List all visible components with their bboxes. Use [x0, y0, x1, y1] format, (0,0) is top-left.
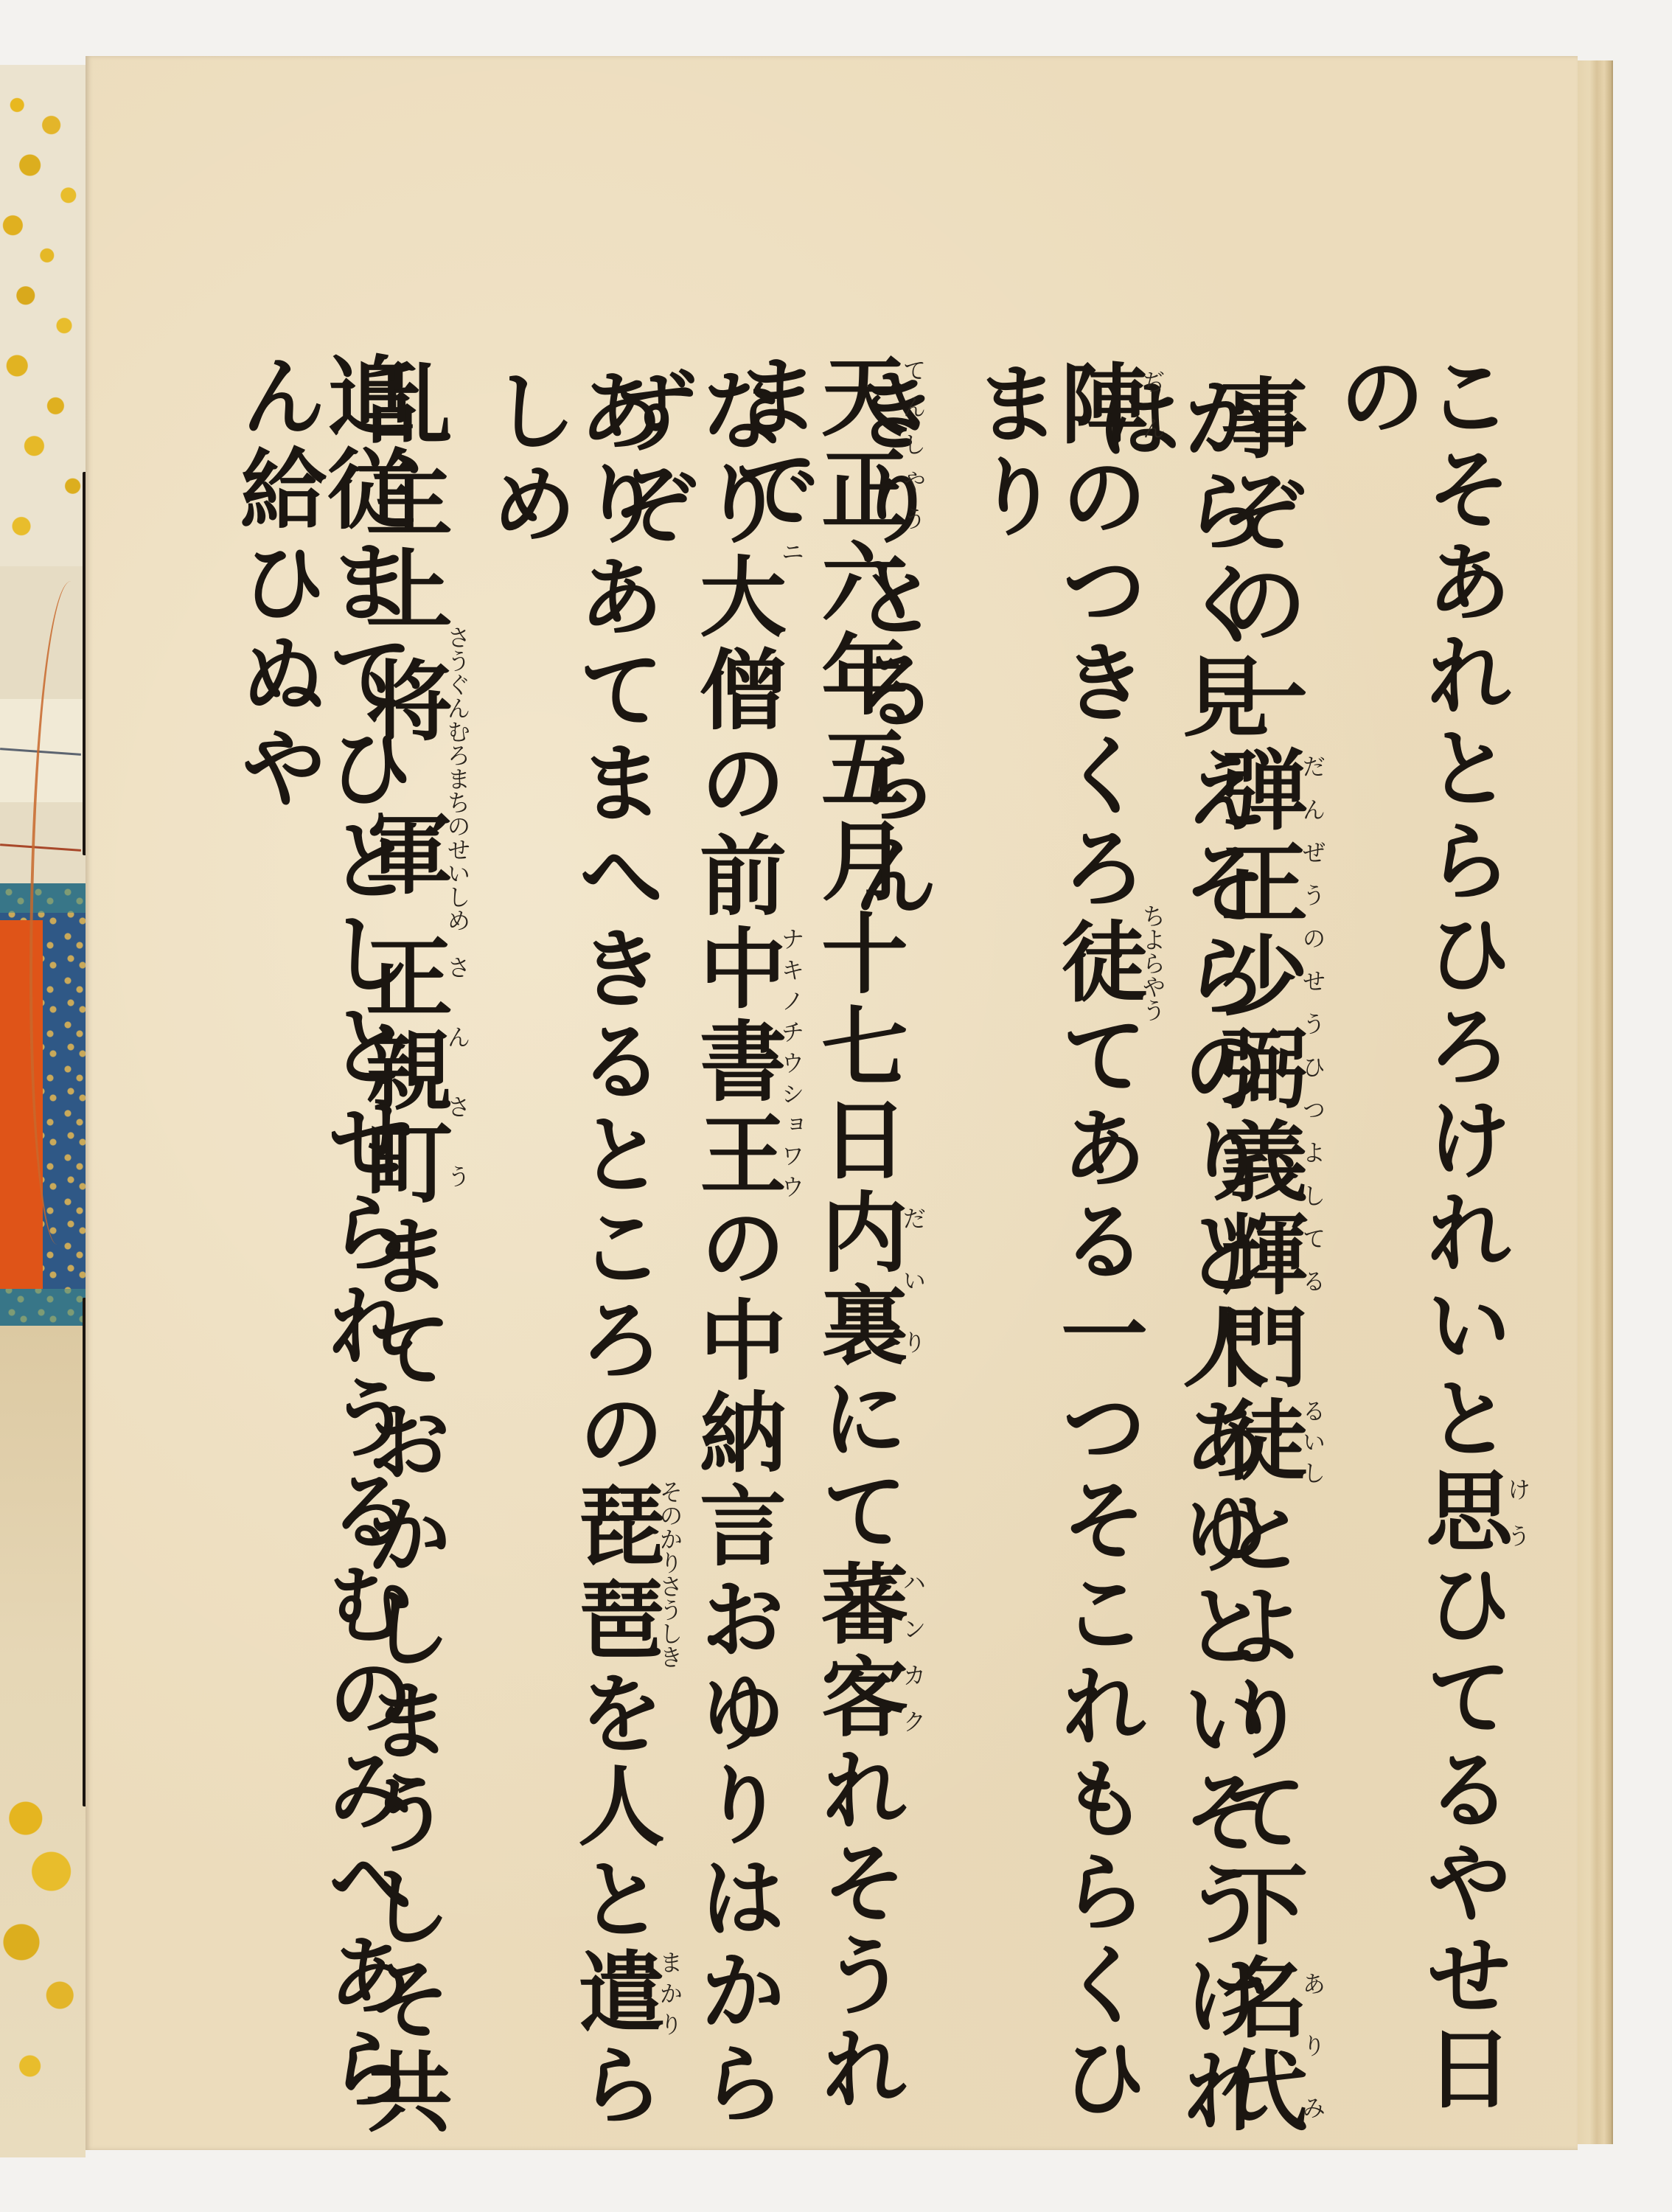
- text-column-4: 陣ぢんのつきくろ徒ちよらやうてある一つそこれもらくひまり: [966, 358, 1165, 2150]
- robe-teal-band: [0, 1289, 86, 1326]
- gold-leaf-flecks: [0, 1783, 86, 2137]
- text-column-10: 追従まてひとしとせられうるむのみへあらん給ひぬや: [233, 351, 407, 2150]
- gold-leaf-flecks: [0, 65, 86, 566]
- page-stack-edge: [1575, 60, 1613, 2144]
- text-column-1: こそあれとらひろけれいと思けうひてるやせ日の: [1331, 351, 1530, 2150]
- text-column-8: ありあてまへきるところの琵琶そのかりさうしきを人と遣まかりらしめ: [484, 366, 682, 2150]
- manuscript-photo: こそあれとらひろけれいと思けうひてるやせ日の 事ぞの一弾正少弼義輝だんぜうのせう…: [0, 0, 1672, 2212]
- cover-illustration-strip: [0, 65, 86, 2157]
- binding-thread: [29, 581, 86, 1245]
- manuscript-page: こそあれとらひろけれいと思けうひてるやせ日の 事ぞの一弾正少弼義輝だんぜうのせう…: [86, 56, 1578, 2150]
